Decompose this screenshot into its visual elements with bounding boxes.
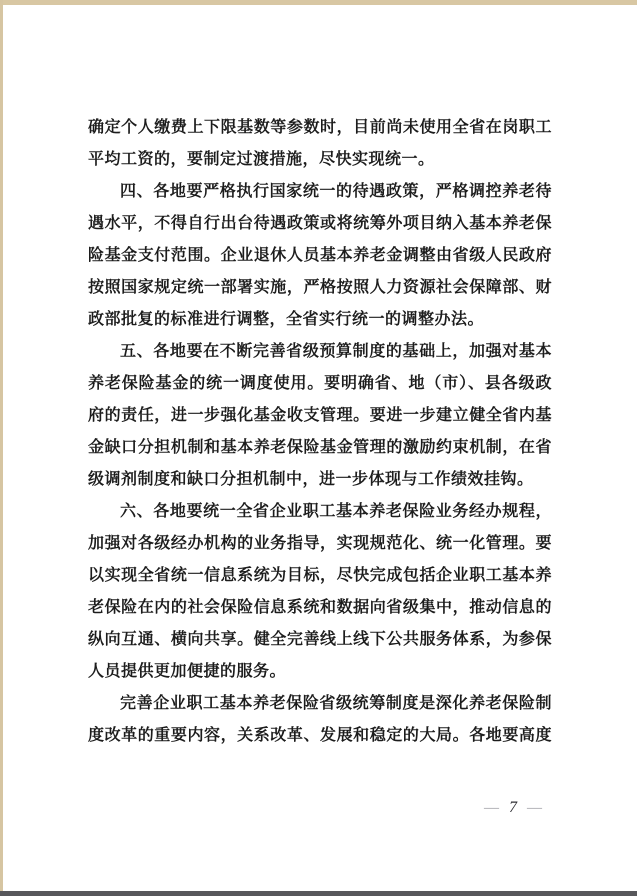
scan-edge-top bbox=[0, 0, 637, 5]
text-line: 以实现全省统一信息系统为目标，尽快完成包括企业职工基本养 bbox=[88, 560, 552, 592]
page-number: —7— bbox=[484, 798, 542, 818]
text-line: 五、各地要在不断完善省级预算制度的基础上，加强对基本 bbox=[88, 336, 552, 368]
text-line: 四、各地要严格执行国家统一的待遇政策，严格调控养老待 bbox=[88, 176, 552, 208]
text-line: 老保险在内的社会保险信息系统和数据向省级集中，推动信息的 bbox=[88, 592, 552, 624]
document-body: 确定个人缴费上下限基数等参数时，目前尚未使用全省在岗职工平均工资的，要制定过渡措… bbox=[88, 112, 552, 752]
text-line: 纵向互通、横向共享。健全完善线上线下公共服务体系，为参保 bbox=[88, 624, 552, 656]
page-number-left-dash: — bbox=[484, 800, 499, 816]
text-line: 级调剂制度和缺口分担机制中，进一步体现与工作绩效挂钩。 bbox=[88, 464, 552, 496]
text-line: 平均工资的，要制定过渡措施，尽快实现统一。 bbox=[88, 144, 552, 176]
text-line: 确定个人缴费上下限基数等参数时，目前尚未使用全省在岗职工 bbox=[88, 112, 552, 144]
text-line: 六、各地要统一全省企业职工基本养老保险业务经办规程， bbox=[88, 496, 552, 528]
text-line: 险基金支付范围。企业退休人员基本养老金调整由省级人民政府 bbox=[88, 240, 552, 272]
text-line: 遇水平，不得自行出台待遇政策或将统筹外项目纳入基本养老保 bbox=[88, 208, 552, 240]
text-line: 人员提供更加便捷的服务。 bbox=[88, 656, 552, 688]
text-line: 养老保险基金的统一调度使用。要明确省、地（市）、县各级政 bbox=[88, 368, 552, 400]
scanned-document-page: 确定个人缴费上下限基数等参数时，目前尚未使用全省在岗职工平均工资的，要制定过渡措… bbox=[0, 0, 637, 896]
text-line: 度改革的重要内容，关系改革、发展和稳定的大局。各地要高度 bbox=[88, 720, 552, 752]
page-number-value: 7 bbox=[509, 799, 517, 816]
text-line: 金缺口分担机制和基本养老保险基金管理的激励约束机制，在省 bbox=[88, 432, 552, 464]
text-line: 政部批复的标准进行调整，全省实行统一的调整办法。 bbox=[88, 304, 552, 336]
scan-edge-bottom bbox=[0, 891, 637, 896]
page-number-right-dash: — bbox=[527, 800, 542, 816]
scan-edge-left bbox=[0, 0, 3, 896]
text-line: 按照国家规定统一部署实施，严格按照人力资源社会保障部、财 bbox=[88, 272, 552, 304]
text-line: 加强对各级经办机构的业务指导，实现规范化、统一化管理。要 bbox=[88, 528, 552, 560]
text-line: 府的责任，进一步强化基金收支管理。要进一步建立健全省内基 bbox=[88, 400, 552, 432]
text-line: 完善企业职工基本养老保险省级统筹制度是深化养老保险制 bbox=[88, 688, 552, 720]
